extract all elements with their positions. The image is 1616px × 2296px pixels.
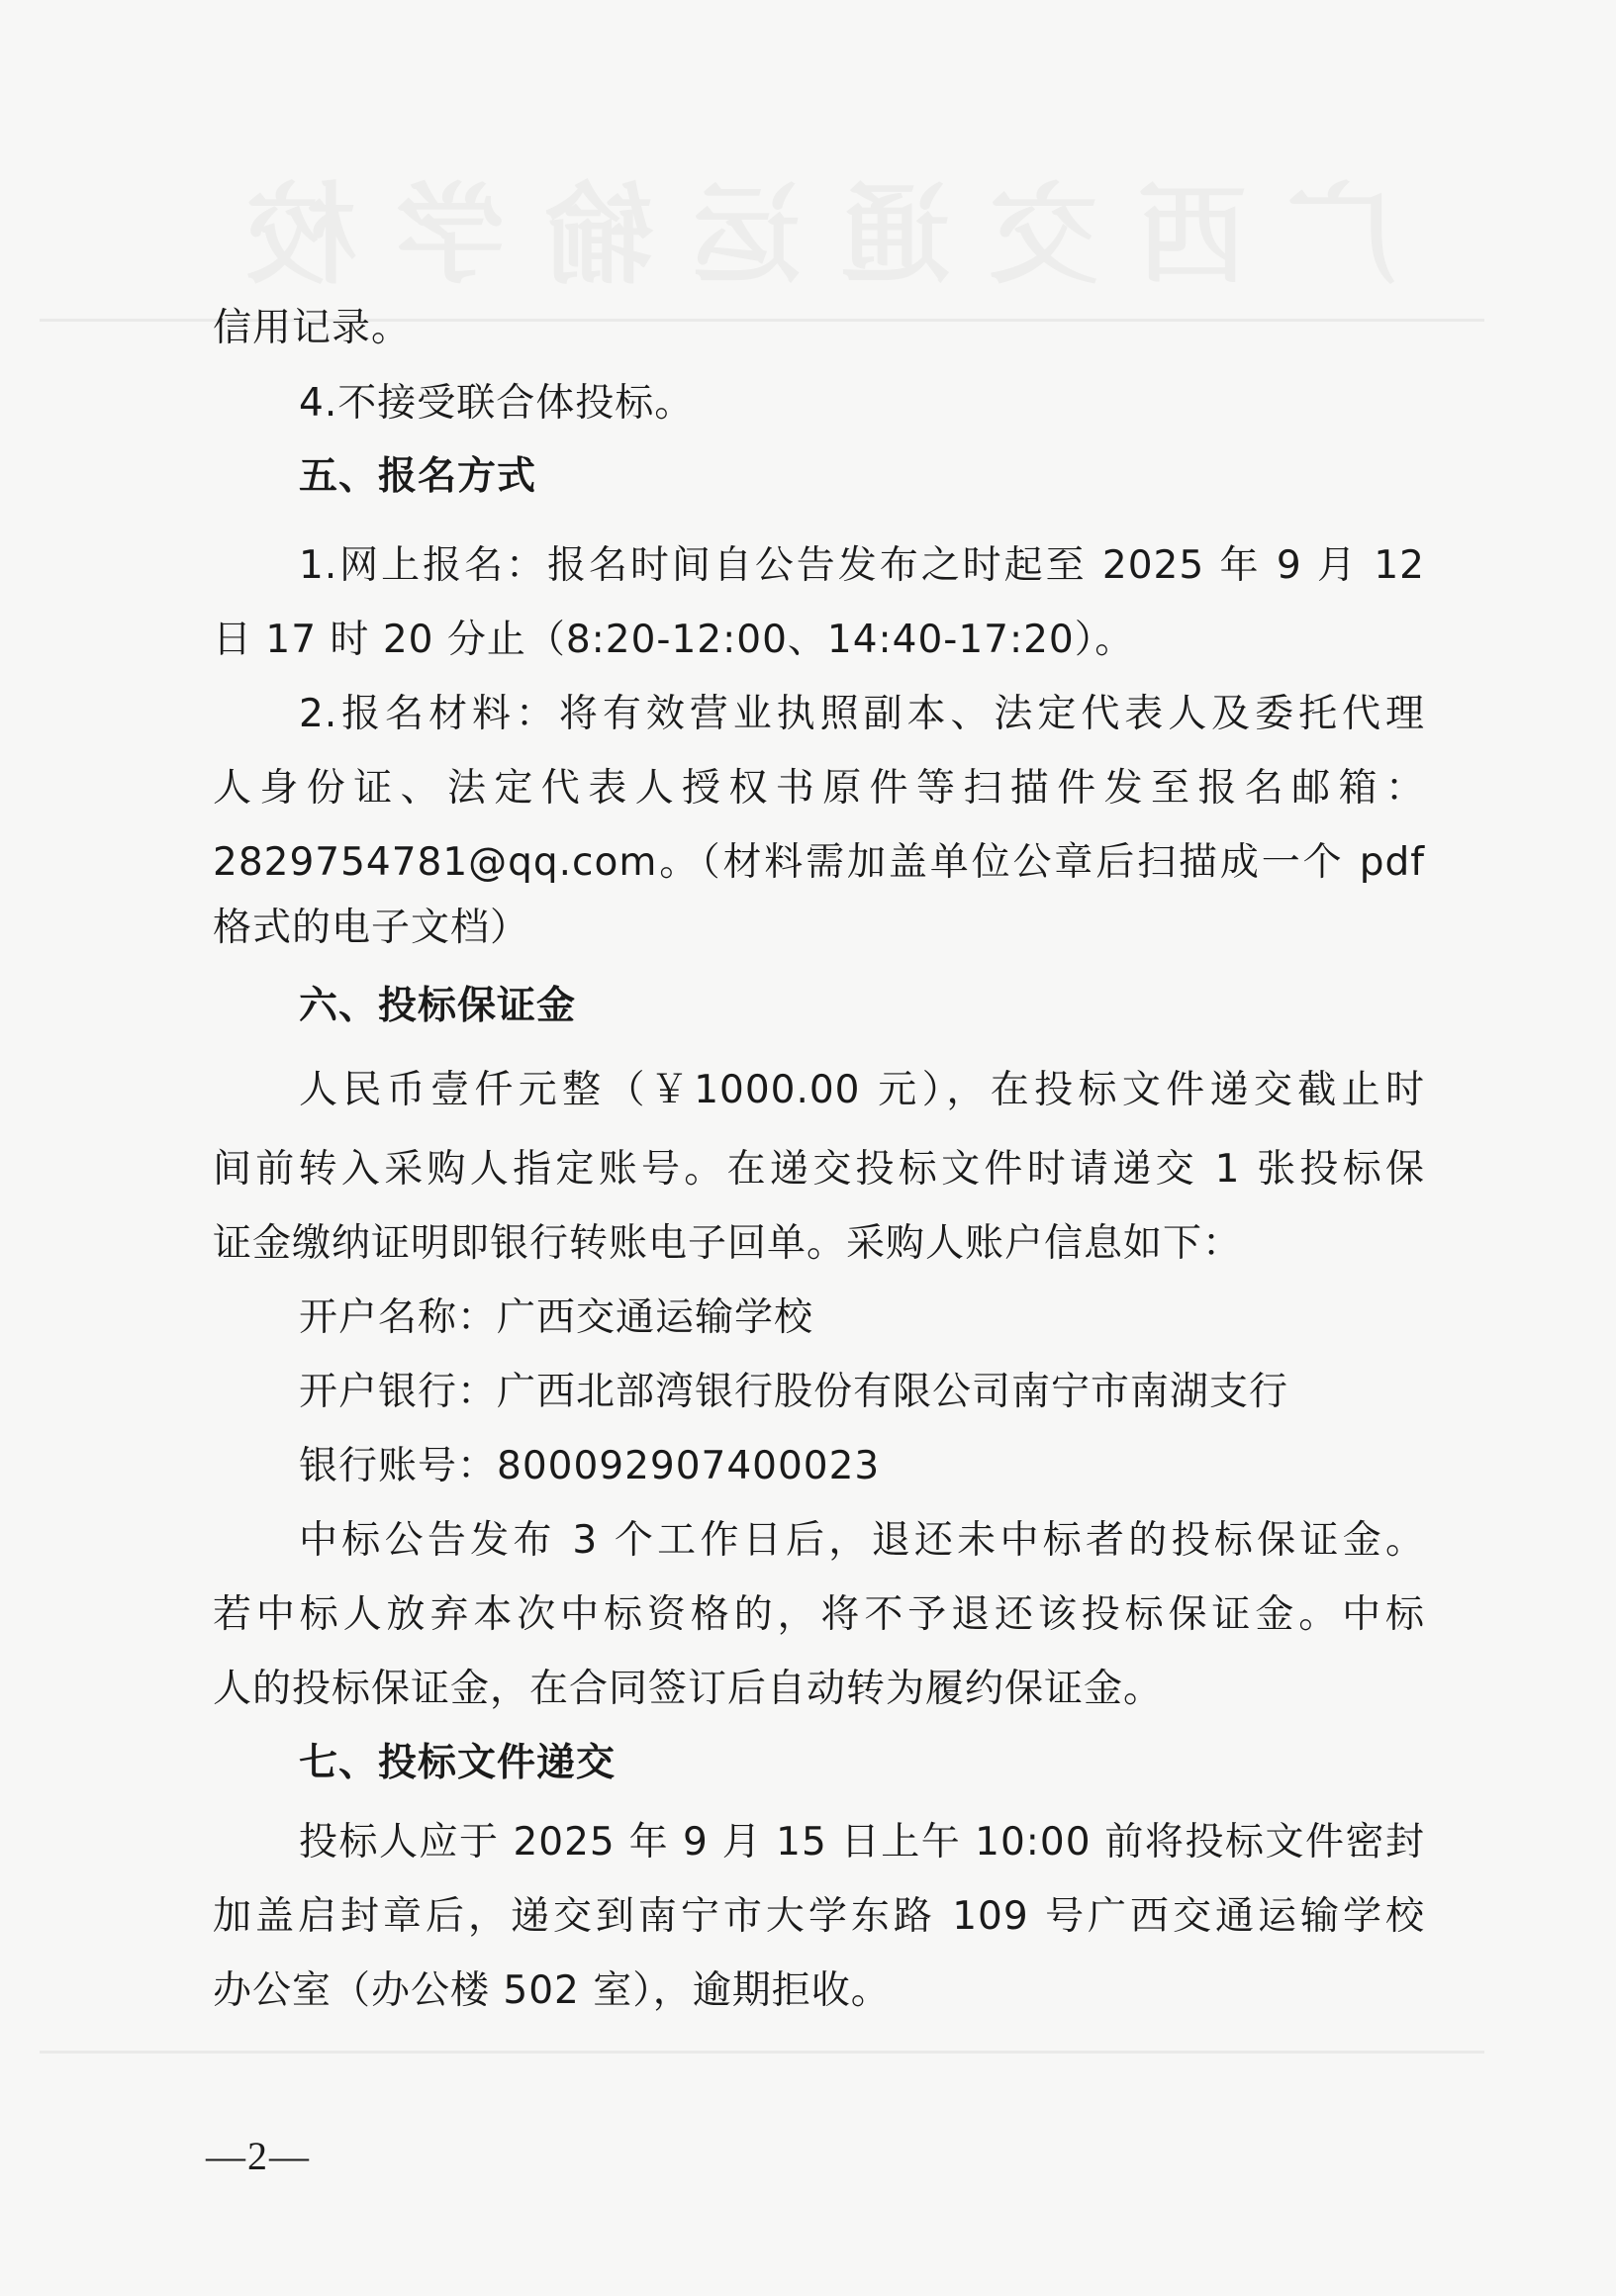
text-line: 2829754781@qq.com。（材料需加盖单位公章后扫描成一个 pdf [213, 839, 1425, 887]
text-line: 中标公告发布 3 个工作日后，退还未中标者的投标保证金。 [299, 1517, 1425, 1565]
document-page: 信用记录。4.不接受联合体投标。五、报名方式1.网上报名：报名时间自公告发布之时… [0, 0, 1616, 2296]
text-line: 办公室（办公楼 502 室），逾期拒收。 [213, 1967, 1425, 2015]
text-line: 4.不接受联合体投标。 [299, 380, 1425, 428]
text-line: 投标人应于 2025 年 9 月 15 日上午 10:00 前将投标文件密封 [299, 1819, 1425, 1866]
section-heading: 七、投标文件递交 [299, 1740, 1425, 1787]
text-line: 若中标人放弃本次中标资格的，将不予退还该投标保证金。中标 [213, 1591, 1425, 1639]
text-line: 人的投标保证金，在合同签订后自动转为履约保证金。 [213, 1666, 1425, 1713]
section-heading: 五、报名方式 [299, 453, 1425, 501]
text-line: 银行账号：800092907400023 [299, 1443, 1425, 1490]
text-line: 人身份证、法定代表人授权书原件等扫描件发至报名邮箱： [213, 765, 1425, 813]
text-line: 1.网上报名：报名时间自公告发布之时起至 2025 年 9 月 12 [299, 542, 1425, 590]
text-line: 开户名称：广西交通运输学校 [299, 1294, 1425, 1342]
text-line: 格式的电子文档） [213, 905, 1425, 952]
text-line: 开户银行：广西北部湾银行股份有限公司南宁市南湖支行 [299, 1369, 1425, 1416]
text-line: 日 17 时 20 分止（8:20-12:00、14:40-17:20）。 [213, 617, 1425, 664]
text-line: 2.报名材料：将有效营业执照副本、法定代表人及委托代理 [299, 691, 1425, 738]
text-line: 人民币壹仟元整（￥1000.00 元），在投标文件递交截止时 [299, 1067, 1425, 1114]
section-heading: 六、投标保证金 [299, 983, 1425, 1030]
text-line: 加盖启封章后，递交到南宁市大学东路 109 号广西交通运输学校 [213, 1893, 1425, 1941]
text-line: 间前转入采购人指定账号。在递交投标文件时请递交 1 张投标保 [213, 1146, 1425, 1194]
text-line: 信用记录。 [213, 305, 1425, 352]
page-number: —2— [206, 2133, 311, 2180]
text-line: 证金缴纳证明即银行转账电子回单。采购人账户信息如下： [213, 1220, 1425, 1268]
